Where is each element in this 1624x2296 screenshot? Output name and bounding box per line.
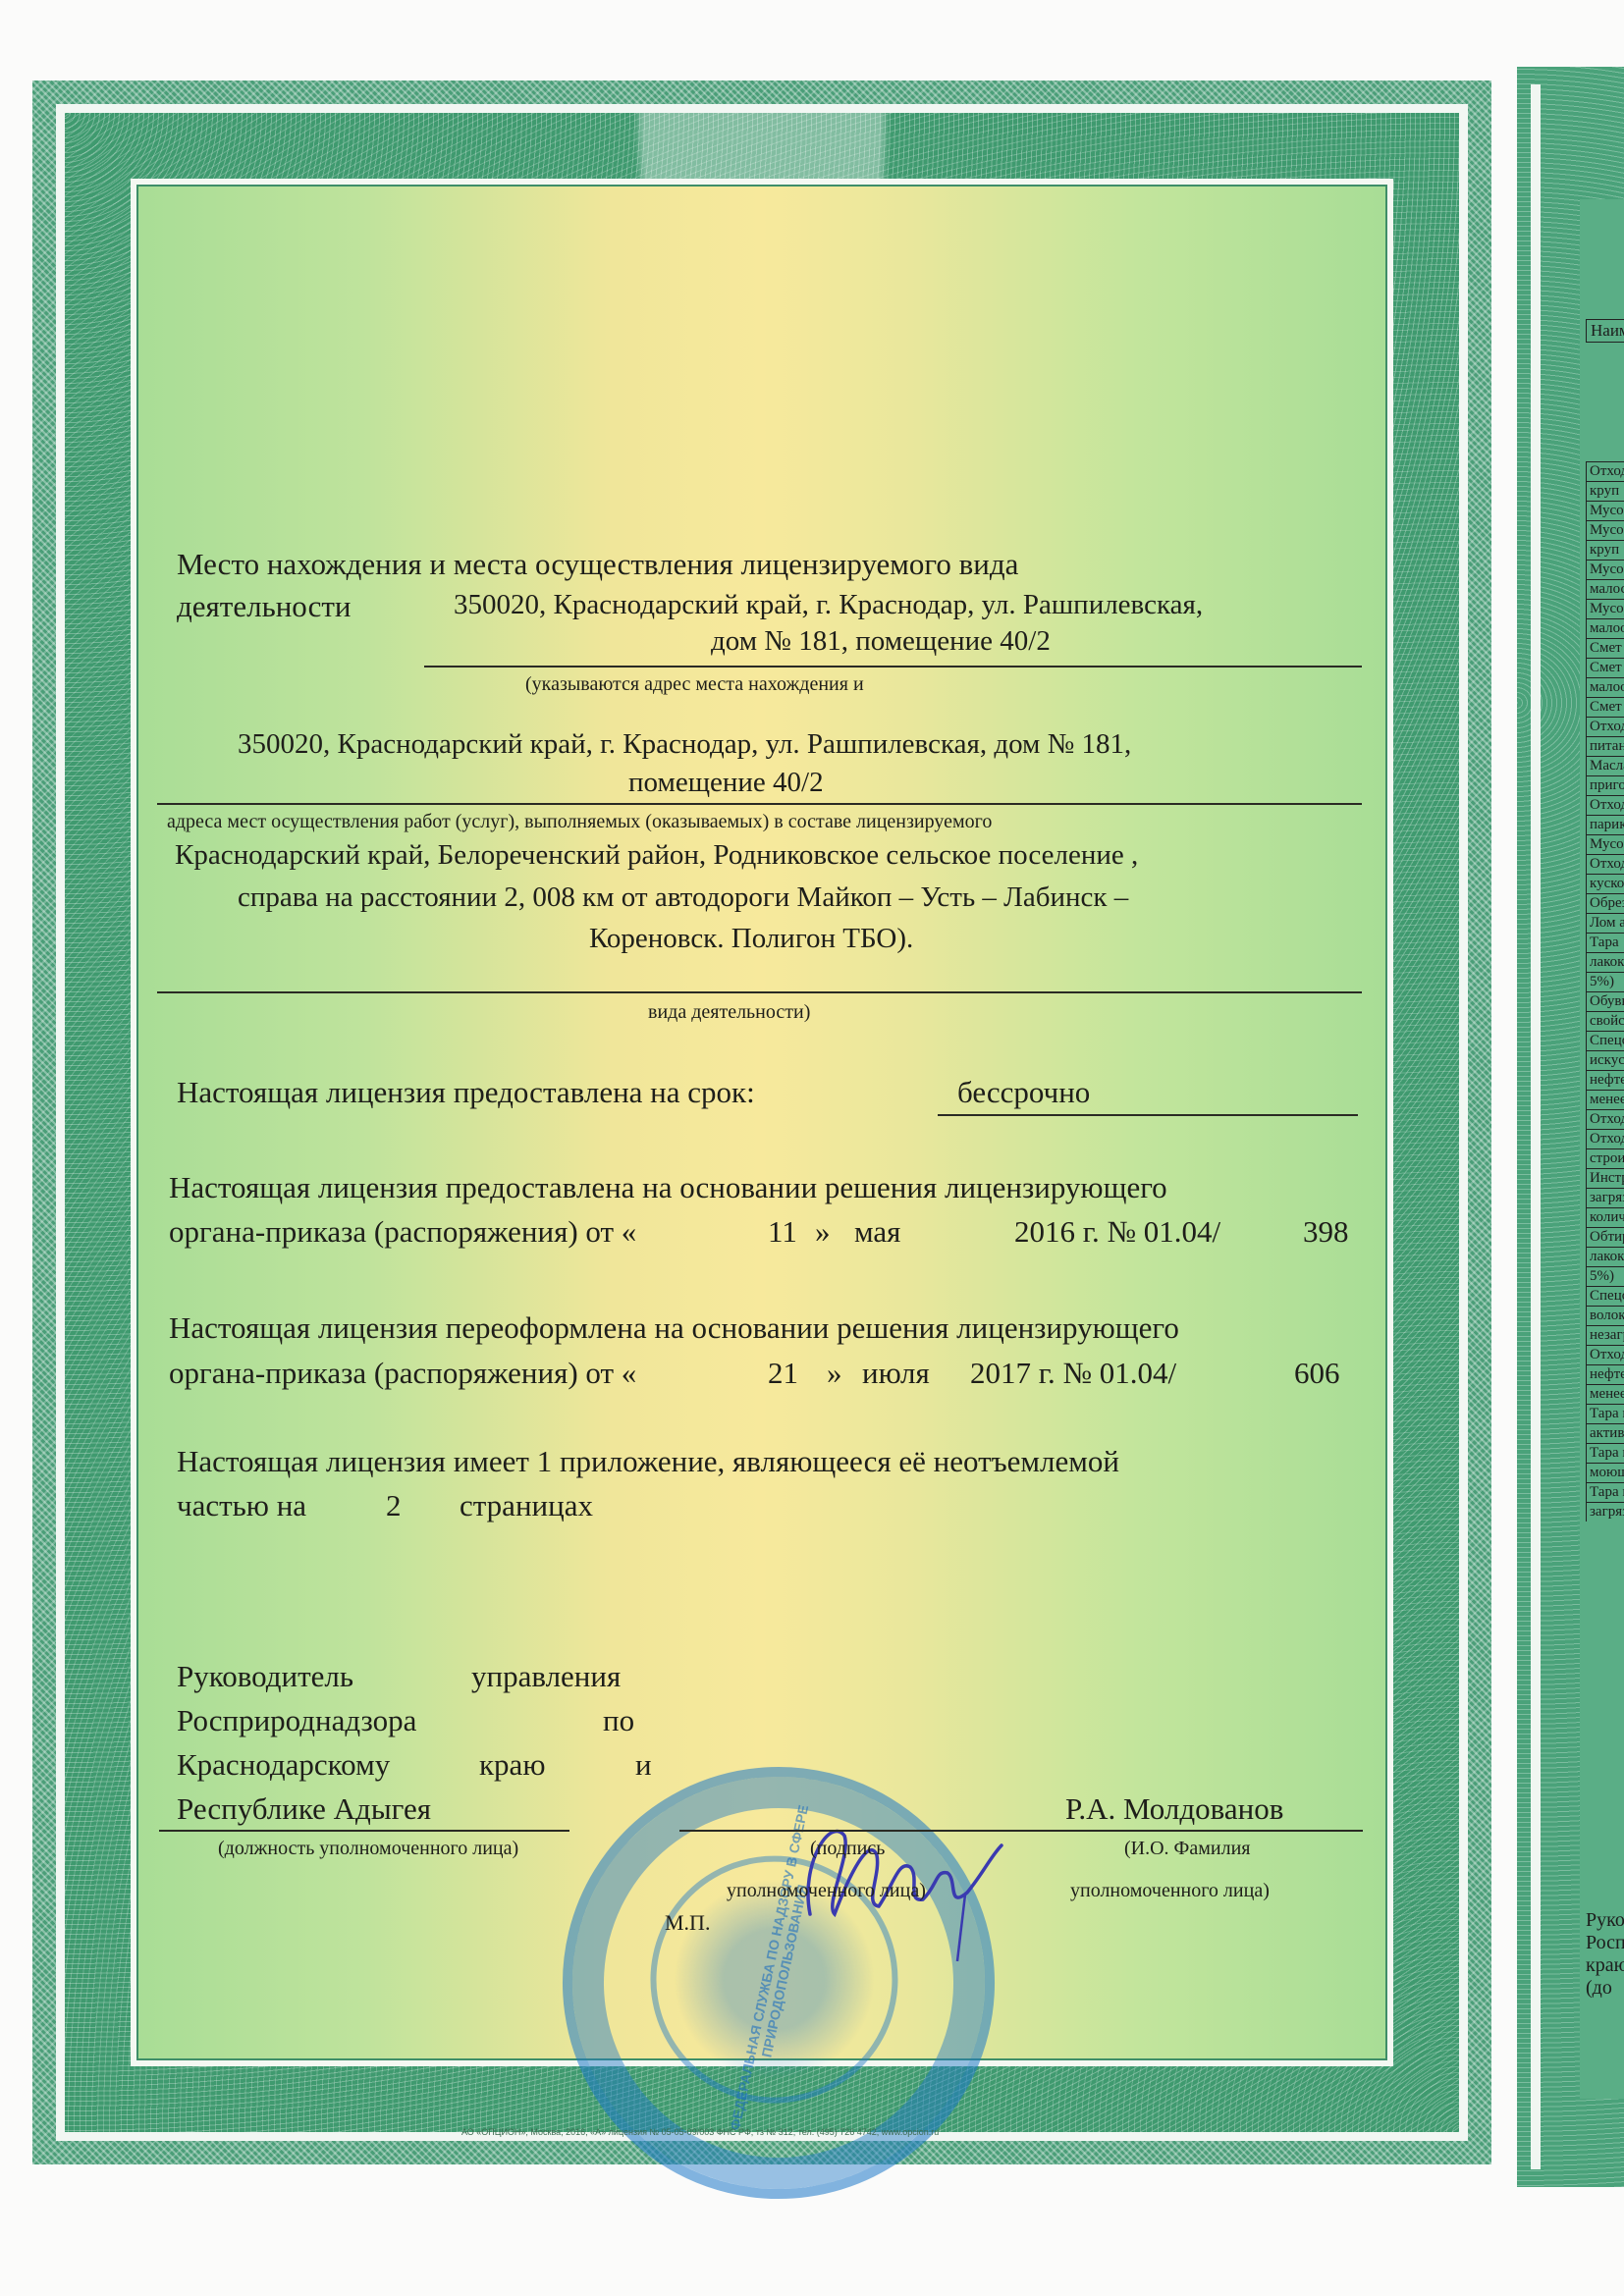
- signatory-name: Р.А. Молдованов: [1065, 1791, 1283, 1827]
- position-word: и: [635, 1747, 652, 1783]
- grant-decision-prefix: органа-приказа (распоряжения) от «: [169, 1214, 636, 1250]
- adjacent-table-row: менее 1: [1587, 1090, 1624, 1109]
- registered-address-line1: 350020, Краснодарский край, г. Краснодар…: [454, 589, 1203, 621]
- adjacent-table-row: круп: [1587, 540, 1624, 560]
- adjacent-table-row: лакокра: [1587, 1247, 1624, 1266]
- caption-signature-line1: (подпись: [810, 1838, 885, 1860]
- handwritten-signature: [790, 1777, 1016, 1963]
- adjacent-table-row: Отходы: [1587, 1129, 1624, 1148]
- adjacent-table-row: Тара пол: [1587, 1443, 1624, 1463]
- reissue-quote-close: »: [827, 1356, 842, 1391]
- adjacent-page-frame-gap: [1531, 84, 1541, 2169]
- grant-decision-month: мая: [854, 1214, 900, 1250]
- seal-place-label: М.П.: [665, 1910, 710, 1936]
- appendix-page-count: 2: [386, 1488, 402, 1523]
- adjacent-table-row: Лом ас: [1587, 913, 1624, 933]
- grant-decision-day: 11: [768, 1214, 797, 1250]
- adjacent-table-row: моющим: [1587, 1463, 1624, 1482]
- term-underline: [938, 1114, 1358, 1116]
- registered-address-line2: дом № 181, помещение 40/2: [711, 625, 1051, 658]
- adjacent-table-row: 5%): [1587, 972, 1624, 991]
- location-heading-cont: деятельности: [177, 589, 351, 624]
- adjacent-table-row: Инстру: [1587, 1168, 1624, 1188]
- adjacent-table-row: Отход: [1587, 461, 1624, 481]
- adjacent-table-row: лакокр: [1587, 952, 1624, 972]
- adjacent-table-row: Мусо: [1587, 501, 1624, 520]
- reissue-decision-day: 21: [768, 1356, 798, 1391]
- adjacent-table-header: Наим: [1586, 319, 1624, 343]
- name-underline: [1047, 1830, 1363, 1832]
- adjacent-table-row: Обтиро: [1587, 1227, 1624, 1247]
- work-address-line2: помещение 40/2: [628, 767, 824, 799]
- position-word: Республике Адыгея: [177, 1791, 431, 1827]
- adjacent-table-row: Мусо: [1587, 560, 1624, 579]
- appendix-prefix: частью на: [177, 1488, 306, 1523]
- adjacent-table-row: малоо: [1587, 677, 1624, 697]
- adjacent-table-row: Мусор: [1587, 599, 1624, 618]
- grant-decision-date-number: 2016 г. № 01.04/: [1014, 1214, 1220, 1250]
- term-label: Настоящая лицензия предоставлена на срок…: [177, 1075, 755, 1110]
- location-heading: Место нахождения и места осуществления л…: [177, 547, 1018, 582]
- adjacent-table-row: 5%): [1587, 1266, 1624, 1286]
- term-value: бессрочно: [957, 1075, 1090, 1110]
- adjacent-table-row: количес: [1587, 1207, 1624, 1227]
- adjacent-table-row: Смет с: [1587, 638, 1624, 658]
- adjacent-table-row: Масла: [1587, 756, 1624, 775]
- divider: [157, 991, 1362, 993]
- signature-underline: [679, 1830, 1065, 1832]
- divider: [424, 666, 1362, 667]
- reissue-decision-date-number: 2017 г. № 01.04/: [970, 1356, 1176, 1391]
- divider: [157, 803, 1362, 805]
- reissue-decision-order-number: 606: [1294, 1356, 1340, 1391]
- adjacent-signature-line: Роспр: [1586, 1932, 1624, 1954]
- grant-decision-order-number: 398: [1303, 1214, 1349, 1250]
- adjacent-table-row: питани: [1587, 736, 1624, 756]
- adjacent-table-row: Спецод: [1587, 1031, 1624, 1050]
- adjacent-table-row: активным: [1587, 1423, 1624, 1443]
- reissue-decision-prefix: органа-приказа (распоряжения) от «: [169, 1356, 636, 1391]
- caption-work-addresses: адреса мест осуществления работ (услуг),…: [167, 811, 992, 833]
- adjacent-table-row: менее 15: [1587, 1384, 1624, 1404]
- adjacent-table-row: Отході: [1587, 795, 1624, 815]
- adjacent-table-row: загрязнен: [1587, 1502, 1624, 1522]
- reissue-decision-line1: Настоящая лицензия переоформлена на осно…: [169, 1310, 1179, 1346]
- site-address-line3: Кореновск. Полигон ТБО).: [589, 923, 913, 955]
- adjacent-table-row: Отход: [1587, 717, 1624, 736]
- adjacent-table-row: Тара: [1587, 933, 1624, 952]
- position-underline: [159, 1830, 569, 1832]
- appendix-suffix: страницах: [460, 1488, 593, 1523]
- adjacent-table-row: нефтеп: [1587, 1070, 1624, 1090]
- position-word: Краснодарскому: [177, 1747, 390, 1783]
- adjacent-signature-line: (до: [1586, 1977, 1624, 2000]
- adjacent-table-row: малос: [1587, 579, 1624, 599]
- adjacent-table-row: незагряз: [1587, 1325, 1624, 1345]
- caption-activity: вида деятельности): [648, 1001, 810, 1024]
- adjacent-signature-line: Руков: [1586, 1909, 1624, 1932]
- adjacent-table-row: Смет: [1587, 658, 1624, 677]
- work-address-line1: 350020, Краснодарский край, г. Краснодар…: [238, 728, 1131, 761]
- adjacent-table-row: искусст: [1587, 1050, 1624, 1070]
- adjacent-table-row: Смет с: [1587, 697, 1624, 717]
- adjacent-table-row: Отходы: [1587, 1345, 1624, 1364]
- adjacent-page-table: ОтходкрупМусоМусокрупМусомалосМусормалоо…: [1586, 461, 1624, 1522]
- adjacent-table-row: загрязне: [1587, 1188, 1624, 1207]
- caption-registered-address: (указываются адрес места нахождения и: [525, 673, 864, 696]
- adjacent-table-row: Отходы: [1587, 854, 1624, 874]
- adjacent-table-row: Отходы: [1587, 1109, 1624, 1129]
- adjacent-table-row: Обрезь: [1587, 893, 1624, 913]
- adjacent-table-row: строите: [1587, 1148, 1624, 1168]
- grant-decision-line1: Настоящая лицензия предоставлена на осно…: [169, 1170, 1167, 1205]
- position-word: Росприроднадзора: [177, 1703, 416, 1738]
- adjacent-table-row: кусков: [1587, 874, 1624, 893]
- adjacent-signature-line: краю: [1586, 1954, 1624, 1977]
- position-word: по: [603, 1703, 634, 1738]
- caption-name-line2: уполномоченного лица): [1070, 1880, 1270, 1902]
- adjacent-table-row: пригот: [1587, 775, 1624, 795]
- adjacent-table-row: свойств: [1587, 1011, 1624, 1031]
- adjacent-table-row: нефтепро: [1587, 1364, 1624, 1384]
- adjacent-table-row: Спецод: [1587, 1286, 1624, 1306]
- adjacent-table-row: Тара из: [1587, 1482, 1624, 1502]
- reissue-decision-month: июля: [862, 1356, 930, 1391]
- site-address-line1: Краснодарский край, Белореченский район,…: [175, 839, 1138, 872]
- adjacent-table-row: Тара пол: [1587, 1404, 1624, 1423]
- caption-name-line1: (И.О. Фамилия: [1124, 1838, 1250, 1860]
- adjacent-table-row: волокон: [1587, 1306, 1624, 1325]
- adjacent-page-signature-fragment: РуковРоспркраю(до: [1586, 1909, 1624, 2000]
- adjacent-table-row: Обувь: [1587, 991, 1624, 1011]
- adjacent-table-row: Мусор: [1587, 834, 1624, 854]
- printer-imprint: АО «ОПЦИОН», Москва, 2016, «А» лицензия …: [461, 2127, 939, 2137]
- appendix-line1: Настоящая лицензия имеет 1 приложение, я…: [177, 1444, 1119, 1479]
- caption-signature-line2: уполномоченного лица): [727, 1880, 926, 1902]
- position-word: Руководитель: [177, 1659, 353, 1694]
- adjacent-table-row: круп: [1587, 481, 1624, 501]
- site-address-line2: справа на расстоянии 2, 008 км от автодо…: [238, 881, 1128, 914]
- position-word: управления: [471, 1659, 621, 1694]
- grant-quote-close: »: [815, 1214, 831, 1250]
- adjacent-table-row: малоо: [1587, 618, 1624, 638]
- adjacent-table-row: парикм: [1587, 815, 1624, 834]
- adjacent-table-row: Мусо: [1587, 520, 1624, 540]
- position-word: краю: [479, 1747, 545, 1783]
- caption-position: (должность уполномоченного лица): [218, 1838, 518, 1860]
